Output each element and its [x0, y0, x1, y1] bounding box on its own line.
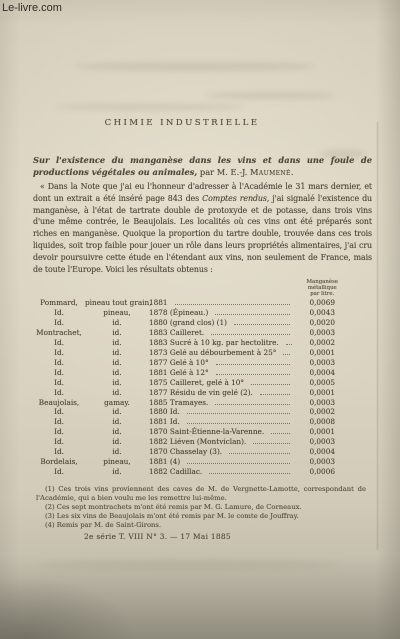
cell-desc: 1881 Gelé à 12° [149, 368, 295, 378]
table-row: Id.id.1881 Id.0,0008 [33, 417, 371, 427]
table-row: Id.id.1883 Sucré à 10 kg. par hectolitre… [33, 338, 371, 348]
cell-value: 0,0003 [295, 358, 335, 368]
cell-value: 0,0020 [295, 318, 335, 328]
cell-grape: pineau, [85, 308, 149, 318]
cell-place: Id. [33, 407, 85, 417]
cell-value: 0,0008 [295, 417, 335, 427]
cell-place: Id. [33, 318, 85, 328]
cell-value: 0,0004 [295, 368, 335, 378]
cell-value: 0,0003 [295, 457, 335, 467]
table-row: Id.id.1882 Cadillac.0,0006 [33, 467, 371, 477]
dot-leader [215, 314, 290, 315]
cell-place: Id. [33, 338, 85, 348]
cell-grape: id. [85, 467, 149, 477]
value-header-line: par litre. [307, 291, 339, 297]
cell-grape: id. [85, 447, 149, 457]
cell-desc: 1881 (4) [149, 457, 295, 467]
cell-place: Id. [33, 417, 85, 427]
cell-value: 0,0005 [295, 378, 335, 388]
dot-leader [187, 413, 290, 414]
cell-desc: 1880 (grand clos) (1) [149, 318, 295, 328]
cell-desc: 1870 Saint-Étienne-la-Varenne. [149, 427, 295, 437]
cell-desc-text: 1881 Gelé à 12° [149, 368, 209, 378]
cell-place: Id. [33, 427, 85, 437]
footnote-1: (1) Ces trois vins proviennent des caves… [36, 485, 366, 503]
cell-grape: id. [85, 368, 149, 378]
cell-desc: 1885 Tramayes. [149, 398, 295, 408]
cell-value: 0,0001 [295, 388, 335, 398]
cell-place: Id. [33, 467, 85, 477]
cell-desc-text: 1878 (Épineau.) [149, 308, 208, 318]
cell-value: 0,0001 [295, 348, 335, 358]
table-row: Pommard,pineau tout grain,18810,0069 [33, 298, 371, 308]
dot-leader [187, 423, 290, 424]
table-row: Id.id.1877 Résidu de vin gelé (2).0,0001 [33, 388, 371, 398]
dot-leader [283, 354, 290, 355]
table-row: Beaujolais,gamay.1885 Tramayes.0,0003 [33, 398, 371, 408]
cell-value: 0,0003 [295, 437, 335, 447]
cell-place: Id. [33, 437, 85, 447]
ink-bleed-smudge [40, 560, 340, 570]
cell-grape: id. [85, 328, 149, 338]
table-row: Id.id.1882 Liéven (Montviclan).0,0003 [33, 437, 371, 447]
ink-bleed-smudge [55, 104, 245, 110]
cell-desc-text: 1870 Saint-Étienne-la-Varenne. [149, 427, 264, 437]
dot-leader [216, 364, 290, 365]
dot-leader [211, 334, 290, 335]
cell-place: Bordelais, [33, 457, 85, 467]
cell-desc-text: 1881 Id. [149, 417, 180, 427]
cell-grape: gamay. [85, 398, 149, 408]
cell-desc: 1881 [149, 298, 295, 308]
table-value-column-header: Manganèse métallique par litre. [307, 279, 339, 297]
cell-value: 0,0002 [295, 338, 335, 348]
cell-desc-text: 1873 Gelé au débourbement à 25° [149, 348, 276, 358]
dot-leader [209, 473, 290, 474]
table-row: Id.id.1875 Cailleret, gelé à 10°0,0005 [33, 378, 371, 388]
article-title: Sur l'existence du manganèse dans les vi… [33, 155, 372, 178]
cell-value: 0,0004 [295, 447, 335, 457]
cell-place: Id. [33, 388, 85, 398]
cell-place: Id. [33, 378, 85, 388]
dot-leader [216, 374, 290, 375]
cell-desc-text: 1880 Id. [149, 407, 180, 417]
footnote-3: (3) Les six vins de Beaujolais m'ont été… [36, 512, 366, 521]
cell-place: Id. [33, 368, 85, 378]
cell-desc: 1878 (Épineau.) [149, 308, 295, 318]
cell-grape: pineau, [85, 457, 149, 467]
table-row: Bordelais,pineau,1881 (4)0,0003 [33, 457, 371, 467]
article-author: Maumené. [250, 167, 294, 177]
cell-grape: id. [85, 407, 149, 417]
cell-desc: 1882 Liéven (Montviclan). [149, 437, 295, 447]
dot-leader [229, 453, 290, 454]
footnote-4: (4) Remis par M. de Saint-Girons. [36, 521, 366, 530]
cell-grape: id. [85, 378, 149, 388]
ink-bleed-smudge [205, 92, 335, 99]
cell-place: Pommard, [33, 298, 85, 308]
cell-value: 0,0043 [295, 308, 335, 318]
table-row: Id.id.1877 Gelé à 10°0,0003 [33, 358, 371, 368]
table-row: Montrachet,id.1883 Cailleret.0,0003 [33, 328, 371, 338]
cell-desc-text: 1885 Tramayes. [149, 398, 208, 408]
cell-desc-text: 1883 Sucré à 10 kg. par hectolitre. [149, 338, 279, 348]
cell-desc-text: 1875 Cailleret, gelé à 10° [149, 378, 244, 388]
cell-desc-text: 1882 Liéven (Montviclan). [149, 437, 246, 447]
cell-place: Beaujolais, [33, 398, 85, 408]
cell-desc: 1873 Gelé au débourbement à 25° [149, 348, 295, 358]
watermark-le-livre: Le-livre.com [2, 2, 62, 14]
dot-leader [253, 443, 290, 444]
paragraph-text-2: , j'ai signalé l'existence du manganèse,… [33, 194, 372, 274]
cell-desc-text: 1880 (grand clos) (1) [149, 318, 227, 328]
table-row: Id.id.1873 Gelé au débourbement à 25°0,0… [33, 348, 371, 358]
cell-desc-text: 1881 [149, 298, 168, 308]
cell-grape: pineau tout grain, [85, 298, 149, 308]
cell-desc-text: 1877 Gelé à 10° [149, 358, 209, 368]
table-row: Id.id.1880 (grand clos) (1)0,0020 [33, 318, 371, 328]
cell-desc-text: 1881 (4) [149, 457, 180, 467]
cell-desc: 1883 Cailleret. [149, 328, 295, 338]
section-heading: CHIMIE INDUSTRIELLE [0, 118, 364, 128]
dot-leader [234, 324, 290, 325]
dot-leader [175, 304, 290, 305]
cell-desc: 1883 Sucré à 10 kg. par hectolitre. [149, 338, 295, 348]
cell-desc: 1881 Id. [149, 417, 295, 427]
table-row: Id.id.1880 Id.0,0002 [33, 407, 371, 417]
dot-leader [260, 394, 290, 395]
cell-value: 0,0006 [295, 467, 335, 477]
cell-value: 0,0001 [295, 427, 335, 437]
cell-grape: id. [85, 348, 149, 358]
cell-desc-text: 1870 Chasselay (3). [149, 447, 222, 457]
table-row: Id.id.1870 Saint-Étienne-la-Varenne.0,00… [33, 427, 371, 437]
cell-place: Id. [33, 308, 85, 318]
cell-place: Id. [33, 348, 85, 358]
cell-grape: id. [85, 427, 149, 437]
issue-footer: 2e série T. VIII N° 3. — 17 Mai 1885 [84, 532, 231, 541]
cell-grape: id. [85, 358, 149, 368]
article-paragraph: « Dans la Note que j'ai eu l'honneur d'a… [33, 181, 372, 275]
cell-place: Id. [33, 447, 85, 457]
table-row: Id.pineau,1878 (Épineau.)0,0043 [33, 308, 371, 318]
cell-desc: 1875 Cailleret, gelé à 10° [149, 378, 295, 388]
wine-manganese-table: Pommard,pineau tout grain,18810,0069 Id.… [33, 298, 371, 477]
cell-desc-text: 1883 Cailleret. [149, 328, 204, 338]
page-crease-line [377, 122, 378, 550]
ink-bleed-smudge [75, 62, 315, 71]
footnote-2: (2) Ces sept montrachets m'ont été remis… [36, 503, 366, 512]
dot-leader [215, 404, 290, 405]
cell-desc-text: 1877 Résidu de vin gelé (2). [149, 388, 253, 398]
cell-grape: id. [85, 417, 149, 427]
cell-desc: 1882 Cadillac. [149, 467, 295, 477]
cell-place: Id. [33, 358, 85, 368]
cell-grape: id. [85, 437, 149, 447]
cell-desc: 1877 Résidu de vin gelé (2). [149, 388, 295, 398]
cell-value: 0,0002 [295, 407, 335, 417]
cell-desc: 1870 Chasselay (3). [149, 447, 295, 457]
table-row: Id.id.1881 Gelé à 12°0,0004 [33, 368, 371, 378]
cell-desc: 1880 Id. [149, 407, 295, 417]
cell-value: 0,0003 [295, 398, 335, 408]
cell-value: 0,0003 [295, 328, 335, 338]
cell-value: 0,0069 [295, 298, 335, 308]
footnotes: (1) Ces trois vins proviennent des caves… [36, 485, 366, 530]
dot-leader [251, 384, 290, 385]
cell-grape: id. [85, 338, 149, 348]
cell-grape: id. [85, 318, 149, 328]
dot-leader [187, 463, 290, 464]
cell-desc-text: 1882 Cadillac. [149, 467, 202, 477]
cell-place: Montrachet, [33, 328, 85, 338]
dot-leader [271, 433, 290, 434]
dot-leader [286, 344, 292, 345]
cell-desc: 1877 Gelé à 10° [149, 358, 295, 368]
scanned-page: Le-livre.com CHIMIE INDUSTRIELLE Sur l'e… [0, 0, 400, 639]
table-row: Id.id.1870 Chasselay (3).0,0004 [33, 447, 371, 457]
cell-grape: id. [85, 388, 149, 398]
article-title-by: par M. E.-J. [197, 167, 250, 177]
paragraph-italic-comptes-rendus: Comptes rendus [202, 194, 267, 203]
